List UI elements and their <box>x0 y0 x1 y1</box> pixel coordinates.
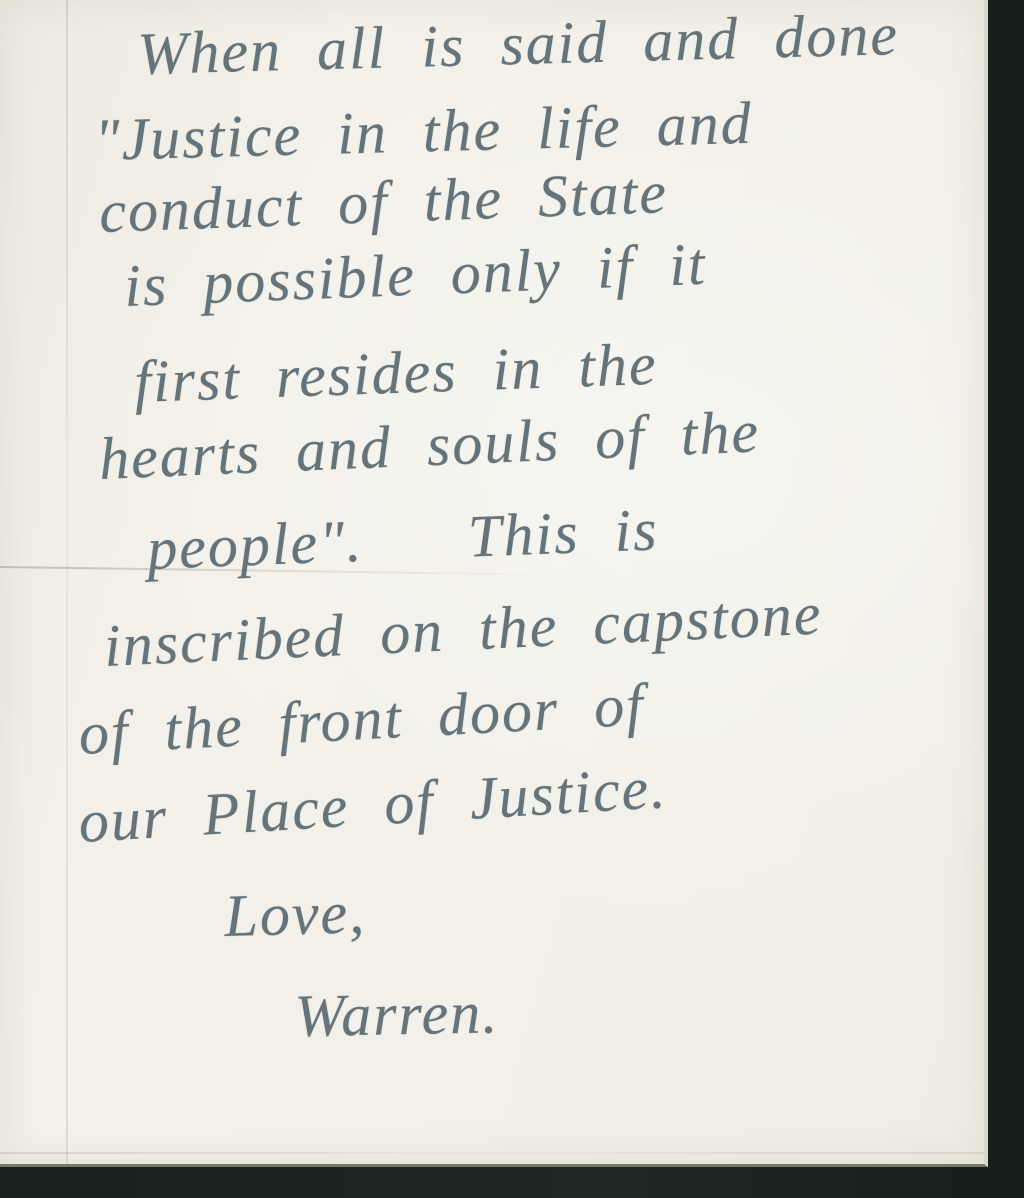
handwriting-line-4: is possible only if it <box>123 230 708 321</box>
paper-crease-vertical <box>66 0 68 1164</box>
handwriting-line-1: When all is said and done <box>137 0 900 89</box>
paper-crease-bottom <box>0 1152 984 1154</box>
scan-background: When all is said and done "Justice in th… <box>0 0 1024 1198</box>
handwriting-line-10: our Place of Justice. <box>77 753 669 857</box>
handwriting-line-8: inscribed on the capstone <box>102 579 823 681</box>
handwriting-line-7: people". This is <box>146 495 660 584</box>
signature-line: Warren. <box>294 978 500 1051</box>
closing-line: Love, <box>224 878 367 951</box>
handwriting-line-9: of the front door of <box>77 670 646 769</box>
letter-paper: When all is said and done "Justice in th… <box>0 0 988 1167</box>
